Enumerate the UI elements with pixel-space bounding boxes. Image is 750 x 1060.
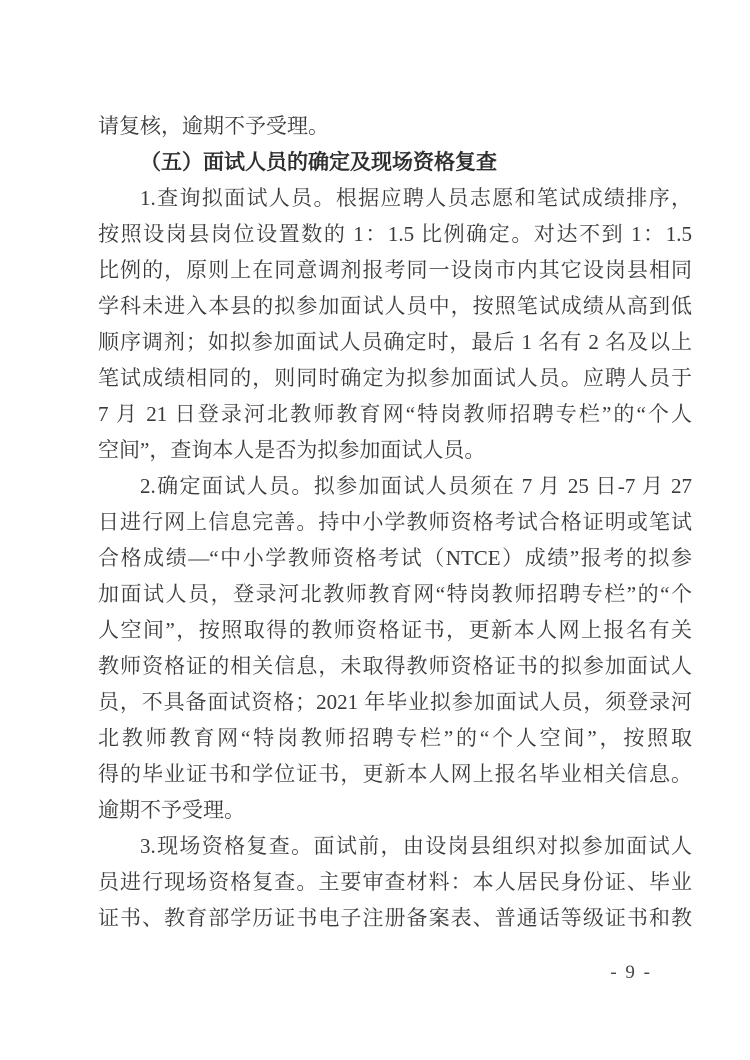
document-line: 证书、教育部学历证书电子注册备案表、普通话等级证书和教 <box>98 900 692 936</box>
document-line: 员进行现场资格复查。主要审查材料：本人居民身份证、毕业 <box>98 864 692 900</box>
document-line: 逾期不予受理。 <box>98 792 692 828</box>
document-line: 比例的，原则上在同意调剂报考同一设岗市内其它设岗县相同 <box>98 252 692 288</box>
document-line: 1.查询拟面试人员。根据应聘人员志愿和笔试成绩排序， <box>98 180 692 216</box>
document-line: 空间”，查询本人是否为拟参加面试人员。 <box>98 432 692 468</box>
document-body: 请复核，逾期不予受理。（五）面试人员的确定及现场资格复查1.查询拟面试人员。根据… <box>98 108 692 936</box>
document-line: 人空间”，按照取得的教师资格证书，更新本人网上报名有关 <box>98 612 692 648</box>
document-line: 北教师教育网“特岗教师招聘专栏”的“个人空间”，按照取 <box>98 720 692 756</box>
document-line: 请复核，逾期不予受理。 <box>98 108 692 144</box>
document-line: 员，不具备面试资格；2021 年毕业拟参加面试人员，须登录河 <box>98 684 692 720</box>
document-line: 学科未进入本县的拟参加面试人员中，按照笔试成绩从高到低 <box>98 288 692 324</box>
document-line: 3.现场资格复查。面试前，由设岗县组织对拟参加面试人 <box>98 828 692 864</box>
document-line: 得的毕业证书和学位证书，更新本人网上报名毕业相关信息。 <box>98 756 692 792</box>
document-line: 日进行网上信息完善。持中小学教师资格考试合格证明或笔试 <box>98 504 692 540</box>
document-line: 7 月 21 日登录河北教师教育网“特岗教师招聘专栏”的“个人 <box>98 396 692 432</box>
section-heading: （五）面试人员的确定及现场资格复查 <box>98 144 692 180</box>
page-number: - 9 - <box>610 962 652 983</box>
document-line: 2.确定面试人员。拟参加面试人员须在 7 月 25 日-7 月 27 <box>98 468 692 504</box>
page-footer: - 9 - <box>610 961 652 985</box>
document-line: 加面试人员，登录河北教师教育网“特岗教师招聘专栏”的“个 <box>98 576 692 612</box>
document-line: 顺序调剂；如拟参加面试人员确定时，最后 1 名有 2 名及以上 <box>98 324 692 360</box>
document-line: 教师资格证的相关信息，未取得教师资格证书的拟参加面试人 <box>98 648 692 684</box>
document-line: 笔试成绩相同的，则同时确定为拟参加面试人员。应聘人员于 <box>98 360 692 396</box>
document-page: 请复核，逾期不予受理。（五）面试人员的确定及现场资格复查1.查询拟面试人员。根据… <box>0 0 750 1060</box>
document-line: 合格成绩—“中小学教师资格考试（NTCE）成绩”报考的拟参 <box>98 540 692 576</box>
document-line: 按照设岗县岗位设置数的 1：1.5 比例确定。对达不到 1：1.5 <box>98 216 692 252</box>
